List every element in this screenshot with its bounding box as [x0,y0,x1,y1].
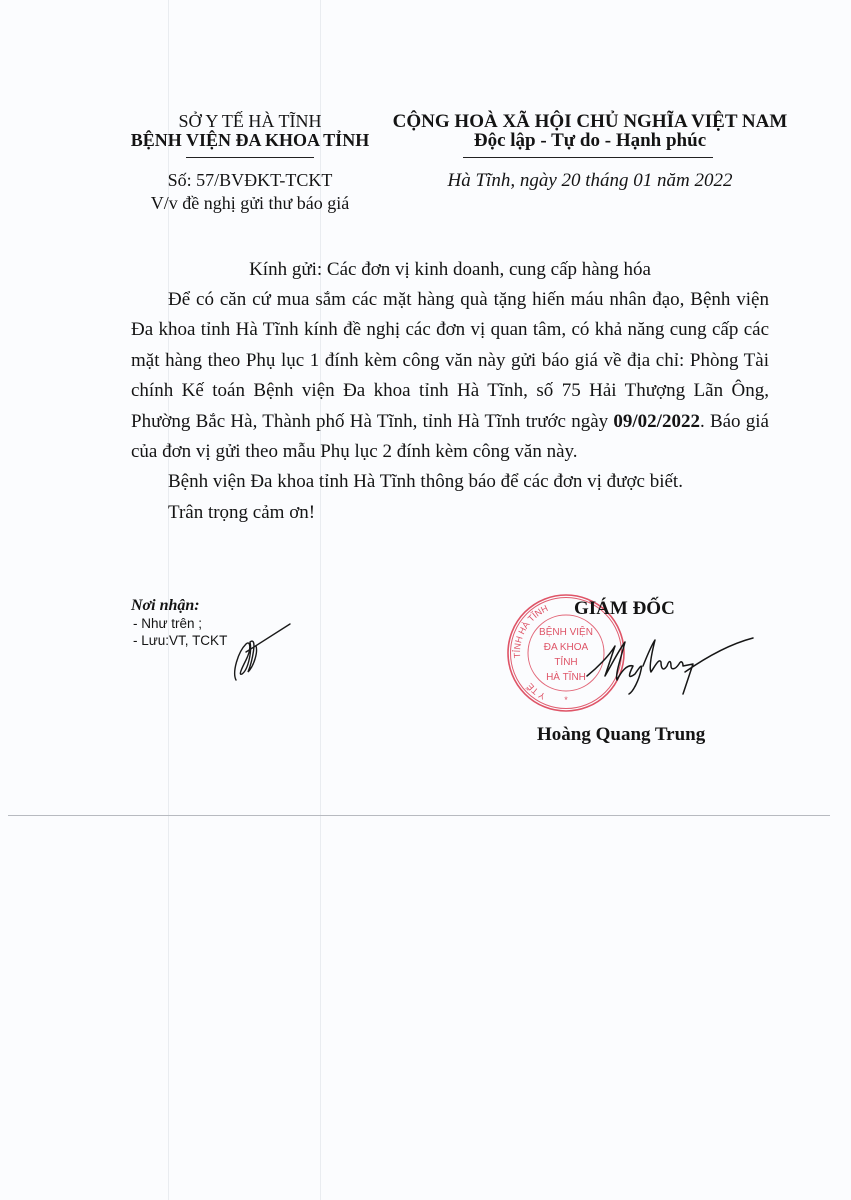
signer-name: Hoàng Quang Trung [537,724,705,746]
director-signature-icon [585,636,755,696]
initials-signature-icon [228,622,298,684]
svg-text:ĐA KHOA: ĐA KHOA [544,642,589,653]
place-date: Hà Tĩnh, ngày 20 tháng 01 năm 2022 [380,170,800,192]
recipient-item: - Như trên ; [133,616,202,631]
document-subject: V/v đề nghị gửi thư báo giá [100,193,400,214]
page-separator [8,815,830,816]
closing-line: Trân trọng cảm ơn! [131,498,769,528]
signer-title: GIÁM ĐỐC [574,598,675,620]
hospital-name: BỆNH VIỆN ĐA KHOA TỈNH [100,130,400,151]
agency-name: SỞ Y TẾ HÀ TĨNH [100,111,400,132]
addressee-line: Kính gửi: Các đơn vị kinh doanh, cung cấ… [131,259,769,281]
header-left-rule [186,157,314,158]
document-number: Số: 57/BVĐKT-TCKT [100,170,400,191]
recipients-title: Nơi nhận: [131,597,200,615]
deadline-date: 09/02/2022 [613,411,700,432]
national-motto: Độc lập - Tự do - Hạnh phúc [380,130,800,152]
recipient-item: - Lưu:VT, TCKT [133,633,227,648]
svg-text:*: * [564,695,568,705]
body-paragraph-1: Để có căn cứ mua sắm các mặt hàng quà tặ… [131,285,769,467]
motto-underline [463,157,713,158]
svg-text:HÀ TĨNH: HÀ TĨNH [546,670,586,683]
svg-text:TỈNH: TỈNH [554,655,577,668]
body-paragraph-2: Bệnh viện Đa khoa tỉnh Hà Tĩnh thông báo… [131,467,769,497]
letter-body: Để có căn cứ mua sắm các mặt hàng quà tặ… [131,285,769,528]
